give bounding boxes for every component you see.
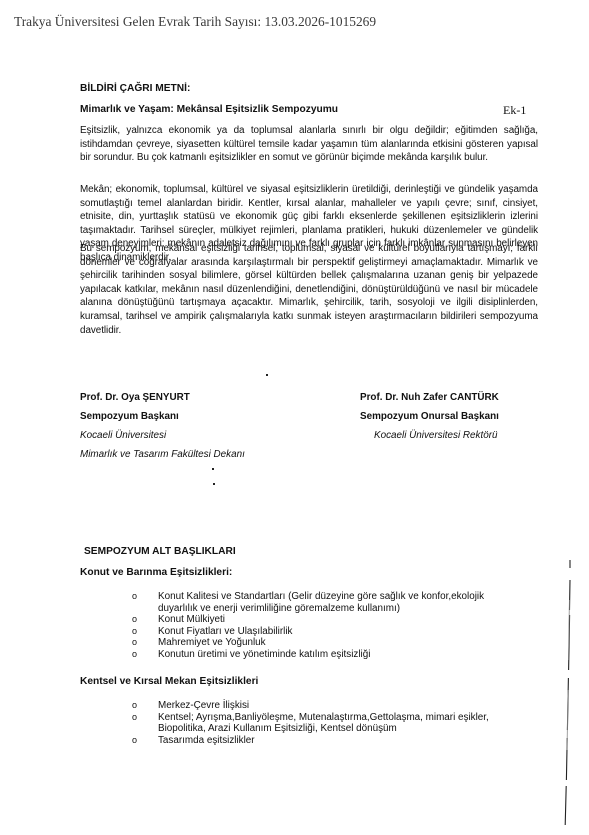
list-item: Tasarımda eşitsizlikler <box>132 735 512 747</box>
section-title-housing: Konut ve Barınma Eşitsizlikleri: <box>80 567 232 578</box>
signature-right: Prof. Dr. Nuh Zafer CANTÜRK Sempozyum On… <box>360 388 499 445</box>
housing-topics-list: Konut Kalitesi ve Standartları (Gelir dü… <box>132 591 512 660</box>
signatory-affiliation: Mimarlık ve Tasarım Fakültesi Dekanı <box>80 445 245 464</box>
urban-rural-topics-list: Merkez-Çevre İlişkisi Kentsel; Ayrışma,B… <box>132 700 512 746</box>
list-item: Konut Kalitesi ve Standartları (Gelir dü… <box>132 591 512 614</box>
symposium-title: Mimarlık ve Yaşam: Mekânsal Eşitsizlik S… <box>80 104 338 115</box>
scan-dot <box>266 374 268 376</box>
list-item: Konut Mülkiyeti <box>132 614 512 626</box>
list-item: Kentsel; Ayrışma,Banliyöleşme, Mutenalaş… <box>132 712 512 735</box>
list-item: Merkez-Çevre İlişkisi <box>132 700 512 712</box>
list-item: Konutun üretimi ve yönetiminde katılım e… <box>132 649 512 661</box>
call-for-papers-heading: BİLDİRİ ÇAĞRI METNİ: <box>80 83 190 94</box>
intro-paragraph-3: Bu sempozyum, mekânsal eşitsizliği tarih… <box>80 242 538 337</box>
scan-dot <box>213 483 215 485</box>
scan-edge-artifact <box>560 560 572 830</box>
list-item: Mahremiyet ve Yoğunluk <box>132 637 512 649</box>
signature-left: Prof. Dr. Oya ŞENYURT Sempozyum Başkanı … <box>80 388 245 464</box>
signatory-role: Sempozyum Başkanı <box>80 407 245 426</box>
list-item: Konut Fiyatları ve Ulaşılabilirlik <box>132 626 512 638</box>
section-title-urban-rural: Kentsel ve Kırsal Mekan Eşitsizlikleri <box>80 676 258 687</box>
intro-paragraph-1: Eşitsizlik, yalnızca ekonomik ya da topl… <box>80 124 538 165</box>
scan-dot <box>212 468 214 470</box>
annex-label: Ek-1 <box>503 103 526 118</box>
signatory-role: Sempozyum Onursal Başkanı <box>360 407 499 426</box>
document-registry-stamp: Trakya Üniversitesi Gelen Evrak Tarih Sa… <box>14 14 376 30</box>
signatory-affiliation: Kocaeli Üniversitesi Rektörü <box>360 426 499 445</box>
signatory-name: Prof. Dr. Oya ŞENYURT <box>80 388 245 407</box>
signatory-name: Prof. Dr. Nuh Zafer CANTÜRK <box>360 388 499 407</box>
subtopics-heading: SEMPOZYUM ALT BAŞLIKLARI <box>84 546 236 557</box>
signatory-affiliation: Kocaeli Üniversitesi <box>80 426 245 445</box>
